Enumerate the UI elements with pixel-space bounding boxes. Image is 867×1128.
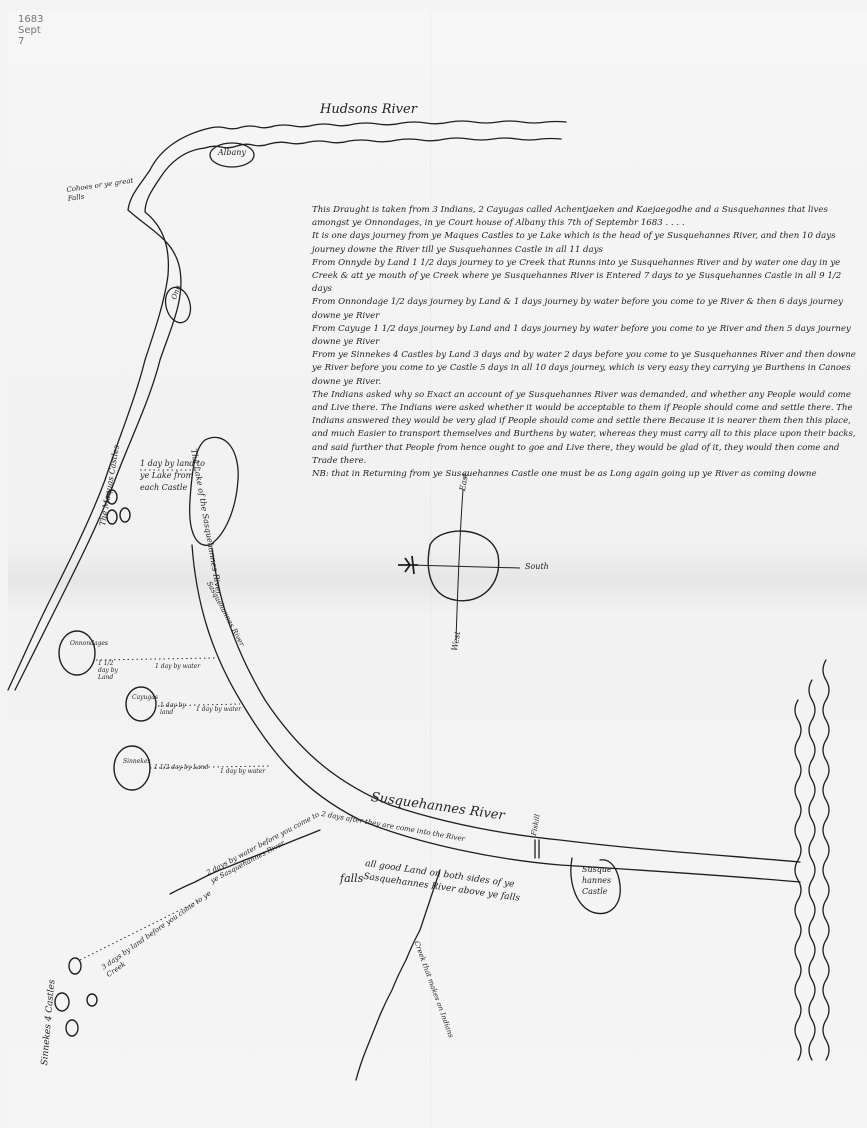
hudson-river-label: Hudsons River bbox=[320, 102, 417, 117]
east-river-line-3 bbox=[823, 660, 829, 1060]
albany-label: Albany bbox=[218, 148, 246, 157]
falls-label: falls bbox=[340, 872, 363, 885]
seneca-castle-4 bbox=[66, 1020, 78, 1036]
mohawk-castle-2 bbox=[120, 508, 130, 522]
nation-land-sinnekes: 1 1/2 day by Land bbox=[154, 764, 208, 771]
description-paragraph: NB: that in Returning from ye Susquehann… bbox=[312, 468, 862, 481]
sinnekes-oval bbox=[114, 746, 150, 790]
description-paragraph: It is one days journey from ye Maques Ca… bbox=[312, 230, 862, 256]
description-paragraph: From Onnyde by Land 1 1/2 days journey t… bbox=[312, 257, 862, 297]
description-paragraph: This Draught is taken from 3 Indians, 2 … bbox=[312, 204, 862, 230]
description-paragraph: The Indians asked why so Exact an accoun… bbox=[312, 389, 862, 468]
description-paragraph: From Cayuge 1 1/2 days journey by Land a… bbox=[312, 323, 862, 349]
seneca-castle-2 bbox=[87, 994, 97, 1006]
description-block: This Draught is taken from 3 Indians, 2 … bbox=[312, 204, 862, 481]
nation-water-onnondages: 1 day by water bbox=[155, 663, 200, 670]
nation-land-onnondages: 1 1/2 day by Land bbox=[98, 660, 126, 681]
susquehanna-east-bank bbox=[212, 548, 800, 862]
fleur-de-lis-icon bbox=[398, 556, 418, 574]
description-paragraph: From ye Sinnekes 4 Castles by Land 3 day… bbox=[312, 349, 862, 389]
nation-water-sinnekes: 1 day by water bbox=[220, 768, 265, 775]
description-paragraph: From Onnondage 1/2 days journey by Land … bbox=[312, 296, 862, 322]
nation-label-onnondages: Onnondages bbox=[70, 640, 90, 647]
nation-label-sinnekes: Sinnekes bbox=[123, 758, 143, 765]
compass-rose bbox=[398, 490, 520, 640]
mohawk-river-east-bank bbox=[15, 128, 210, 690]
seneca-castle-1 bbox=[69, 958, 81, 974]
mohawk-river-west-bank bbox=[8, 148, 205, 690]
east-river-line-2 bbox=[809, 680, 815, 1060]
hudson-river-north-bank bbox=[210, 121, 566, 129]
nation-land-cayugas: 1 day by land bbox=[160, 702, 188, 716]
fiskill-marks bbox=[535, 840, 539, 858]
compass-south-label: South bbox=[525, 562, 549, 571]
east-river-line-1 bbox=[795, 700, 801, 1060]
seneca-castle-3 bbox=[55, 993, 69, 1011]
cayugas-oval bbox=[126, 687, 156, 721]
onnondages-oval bbox=[59, 631, 95, 675]
nation-water-cayugas: 1 day by water bbox=[196, 706, 241, 713]
susquehannes-castle-label: Susque hannes Castle bbox=[582, 864, 612, 897]
hudson-river-south-bank bbox=[205, 138, 561, 148]
nation-label-cayugas: Cayugas bbox=[132, 694, 152, 701]
